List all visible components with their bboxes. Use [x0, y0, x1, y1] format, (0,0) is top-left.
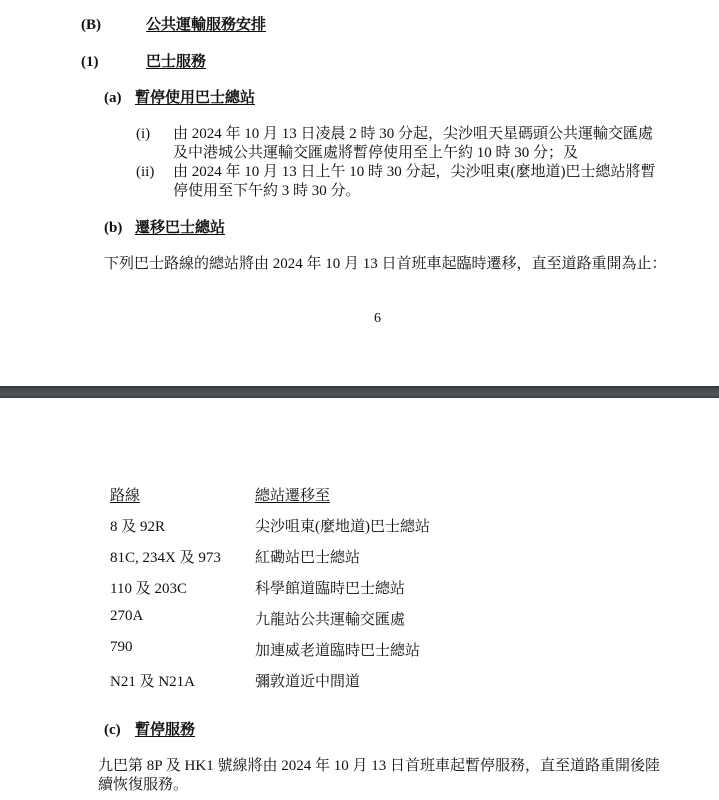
subsection-label: (c): [104, 722, 135, 739]
terminus-cell: 科學館道臨時巴士總站: [255, 577, 405, 598]
subsection-heading-c: (c)暫停服務: [104, 718, 195, 739]
section-title: 公共運輸服務安排: [146, 17, 266, 33]
route-cell: N21 及 N21A: [110, 670, 195, 691]
subsection-label: (b): [104, 220, 135, 237]
suspension-text-line-1: 九巴第 8P 及 HK1 號線將由 2024 年 10 月 13 日首班車起暫停…: [98, 754, 660, 775]
terminus-cell: 尖沙咀東(麼地道)巴士總站: [255, 515, 430, 536]
section-title: 巴士服務: [146, 54, 206, 70]
section-heading-b: (B)公共運輸服務安排: [81, 13, 266, 34]
subsection-heading-b: (b)遷移巴士總站: [104, 216, 225, 237]
list-item-i: (i)由 2024 年 10 月 13 日凌晨 2 時 30 分起，尖沙咀天星碼…: [136, 122, 653, 143]
table-header-route: 路線: [110, 484, 140, 505]
list-item-i-continuation: 及中港城公共運輸交匯處將暫停使用至上午約 10 時 30 分；及: [173, 141, 578, 162]
list-item-line: 由 2024 年 10 月 13 日凌晨 2 時 30 分起，尖沙咀天星碼頭公共…: [173, 126, 653, 142]
page-number: 6: [374, 311, 381, 327]
terminus-cell: 九龍站公共運輸交匯處: [255, 608, 405, 629]
route-cell: 81C, 234X 及 973: [110, 546, 221, 567]
subsection-title: 暫停服務: [135, 722, 195, 738]
document-page-6: (B)公共運輸服務安排 (1)巴士服務 (a)暫停使用巴士總站 (i)由 202…: [0, 0, 719, 386]
suspension-text-line-2: 續恢復服務。: [98, 773, 188, 794]
list-item-ii: (ii)由 2024 年 10 月 13 日上午 10 時 30 分起，尖沙咀東…: [136, 160, 656, 181]
list-item-label: (i): [136, 126, 173, 143]
section-label: (1): [81, 54, 146, 71]
list-item-line: 由 2024 年 10 月 13 日上午 10 時 30 分起，尖沙咀東(麼地道…: [173, 164, 656, 180]
subsection-label: (a): [104, 90, 135, 107]
subsection-title: 暫停使用巴士總站: [135, 90, 255, 106]
section-heading-1: (1)巴士服務: [81, 50, 206, 71]
terminus-cell: 紅磡站巴士總站: [255, 546, 360, 567]
route-cell: 8 及 92R: [110, 515, 165, 536]
subsection-heading-a: (a)暫停使用巴士總站: [104, 86, 255, 107]
relocation-intro: 下列巴士路線的總站將由 2024 年 10 月 13 日首班車起臨時遷移，直至道…: [104, 252, 667, 273]
page-separator: [0, 386, 719, 398]
list-item-ii-continuation: 停使用至下午約 3 時 30 分。: [173, 179, 361, 200]
terminus-cell: 彌敦道近中間道: [255, 670, 360, 691]
subsection-title: 遷移巴士總站: [135, 220, 225, 236]
list-item-label: (ii): [136, 164, 173, 181]
route-cell: 270A: [110, 608, 143, 625]
section-label: (B): [81, 17, 146, 34]
document-page-7: 路線 總站遷移至 8 及 92R 尖沙咀東(麼地道)巴士總站 81C, 234X…: [0, 398, 719, 800]
terminus-cell: 加連威老道臨時巴士總站: [255, 639, 420, 660]
route-cell: 790: [110, 639, 133, 656]
table-header-terminus: 總站遷移至: [255, 484, 330, 505]
route-cell: 110 及 203C: [110, 577, 187, 598]
